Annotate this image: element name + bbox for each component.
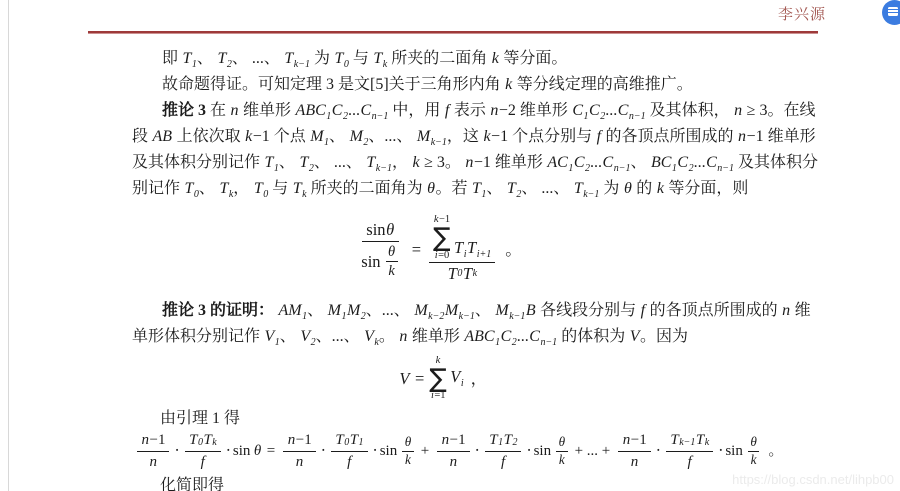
dot-operator: ⋅ [226,442,231,461]
equals-sign: = [412,240,421,261]
k-symbol: k [556,452,567,469]
line-bisector-statement: 即 T1、 T2、 ...、 Tk−1 为 T0 与 Tk 所夹的二面角 k 等… [132,46,864,72]
sigma-icon: ∑ [433,226,451,251]
theta-symbol: θ [748,434,759,452]
term2-fraction: T0T1 f [331,431,368,472]
theta-symbol: θ [253,442,261,461]
summation-symbol: k ∑ i=1 [429,356,447,402]
k-symbol: k [386,262,397,280]
term1-numerator: T0Tk [185,431,221,452]
formula-lemma-expansion: n−1 n ⋅ T0Tk f ⋅ sin θ = n−1 n ⋅ T0T1 f … [132,429,864,473]
theta-over-k-fraction: θ k [556,434,567,468]
n-minus-1: n−1 [618,431,650,452]
line-corollary3-3: 及其体积分别记作 T1、 T2、 ...、 Tk−1， k ≥ 3。 n−1 维… [132,150,864,176]
equals-sign: = [415,369,424,390]
sigma-icon: ∑ [429,367,447,392]
document-content: 即 T1、 T2、 ...、 Tk−1 为 T0 与 Tk 所夹的二面角 k 等… [132,46,864,491]
line-proof-1: 推论 3 的证明： AM1、 M1M2、...、 Mk−2Mk−1、 Mk−1B… [132,298,864,324]
n-minus-1: n−1 [137,431,169,452]
full-stop: 。 [768,442,783,461]
n-minus-1: n−1 [437,431,469,452]
comma-mark: ， [471,369,488,390]
line-corollary3-2: 段 AB 上依次取 k−1 个点 M1、 M2、...、 Mk−1，这 k−1 … [132,124,864,150]
f-symbol: f [683,452,696,472]
lhs-fraction: sin θ sin θ k [357,220,403,281]
theta-symbol: θ [386,243,398,262]
coef-fraction: n−1 n [283,431,315,472]
sum-argument: TiTi+1 [454,238,492,262]
dot-operator: ⋅ [321,442,326,461]
f-symbol: f [497,452,510,472]
rhs-numerator: k−1 ∑ i=0 TiTi+1 [429,215,495,263]
line-theorem-remark: 故命题得证。可知定理 3 是文[5]关于三角形内角 k 等分线定理的高维推广。 [132,72,864,98]
dot-operator: ⋅ [526,442,531,461]
sin-label: sin [534,442,552,461]
equals-sign: = [267,442,275,461]
sin-label: sin [361,252,380,273]
term4-numerator: Tk−1Tk [666,431,713,452]
dot-operator: ⋅ [373,442,378,461]
lhs-numerator: sin θ [362,220,398,243]
volume-symbol: V [399,369,410,390]
f-symbol: f [196,452,209,472]
badge-glyph-icon [888,7,898,16]
plus-sign: + [421,442,429,461]
author-name: 李兴源 [778,3,826,24]
ellipsis-plus: + ... + [575,442,611,461]
sin-label: sin [725,442,743,461]
term2-numerator: T0T1 [331,431,368,452]
k-symbol: k [403,452,414,469]
formula-sine-ratio: sin θ sin θ k = k−1 ∑ i=0 TiTi+1 T0Tk 。 [132,202,864,298]
line-proof-2: 单形体积分别记作 V1、 V2、...、 Vk。 n 维单形 ABC1C2...… [132,324,864,350]
rhs-denominator: T0Tk [443,263,481,285]
theta-symbol: θ [402,434,413,452]
f-symbol: f [343,452,356,472]
dot-operator: ⋅ [656,442,661,461]
blue-circle-badge-icon[interactable] [882,0,900,25]
page-left-border [8,0,9,491]
summation-symbol: k−1 ∑ i=0 [433,215,451,261]
coef-fraction: n−1 n [437,431,469,472]
term3-numerator: T1T2 [485,431,522,452]
line-corollary3-4: 别记作 T0、 Tk， T0 与 Tk 所夹的二面角为 θ。若 T1、 T2、 … [132,176,864,202]
line-by-lemma: 由引理 1 得 [132,408,864,429]
n-symbol: n [145,452,162,472]
coef-fraction: n−1 n [618,431,650,472]
csdn-watermark: https://blog.csdn.net/lihpb00 [732,472,894,487]
line-corollary3-1: 推论 3 在 n 维单形 ABC1C2...Cn−1 中，用 f 表示 n−2 … [132,98,864,124]
term1-fraction: T0Tk f [185,431,221,472]
theta-over-k-fraction: θ k [402,434,413,468]
rhs-fraction: k−1 ∑ i=0 TiTi+1 T0Tk [429,215,495,284]
formula-volume-sum: V = k ∑ i=1 Vi ， [132,350,864,408]
coef-fraction: n−1 n [137,431,169,472]
k-symbol: k [748,452,759,469]
dot-operator: ⋅ [174,442,179,461]
theta-symbol: θ [556,434,567,452]
n-minus-1: n−1 [283,431,315,452]
theta-over-k-fraction: θ k [748,434,759,468]
theta-over-k-fraction: θ k [386,243,398,280]
n-symbol: n [445,452,462,472]
sum-argument: Vi [450,367,464,391]
full-stop: 。 [505,240,522,261]
sum-lower-limit: i=1 [430,391,445,402]
lhs-denominator: sin θ k [357,242,403,280]
term3-fraction: T1T2 f [485,431,522,472]
header-rule [88,31,818,34]
dot-operator: ⋅ [475,442,480,461]
term4-fraction: Tk−1Tk f [666,431,713,472]
sum-lower-limit: i=0 [434,251,449,262]
sin-label: sin [380,442,398,461]
n-symbol: n [626,452,643,472]
dot-operator: ⋅ [718,442,723,461]
sin-label: sin [233,442,251,461]
n-symbol: n [291,452,308,472]
